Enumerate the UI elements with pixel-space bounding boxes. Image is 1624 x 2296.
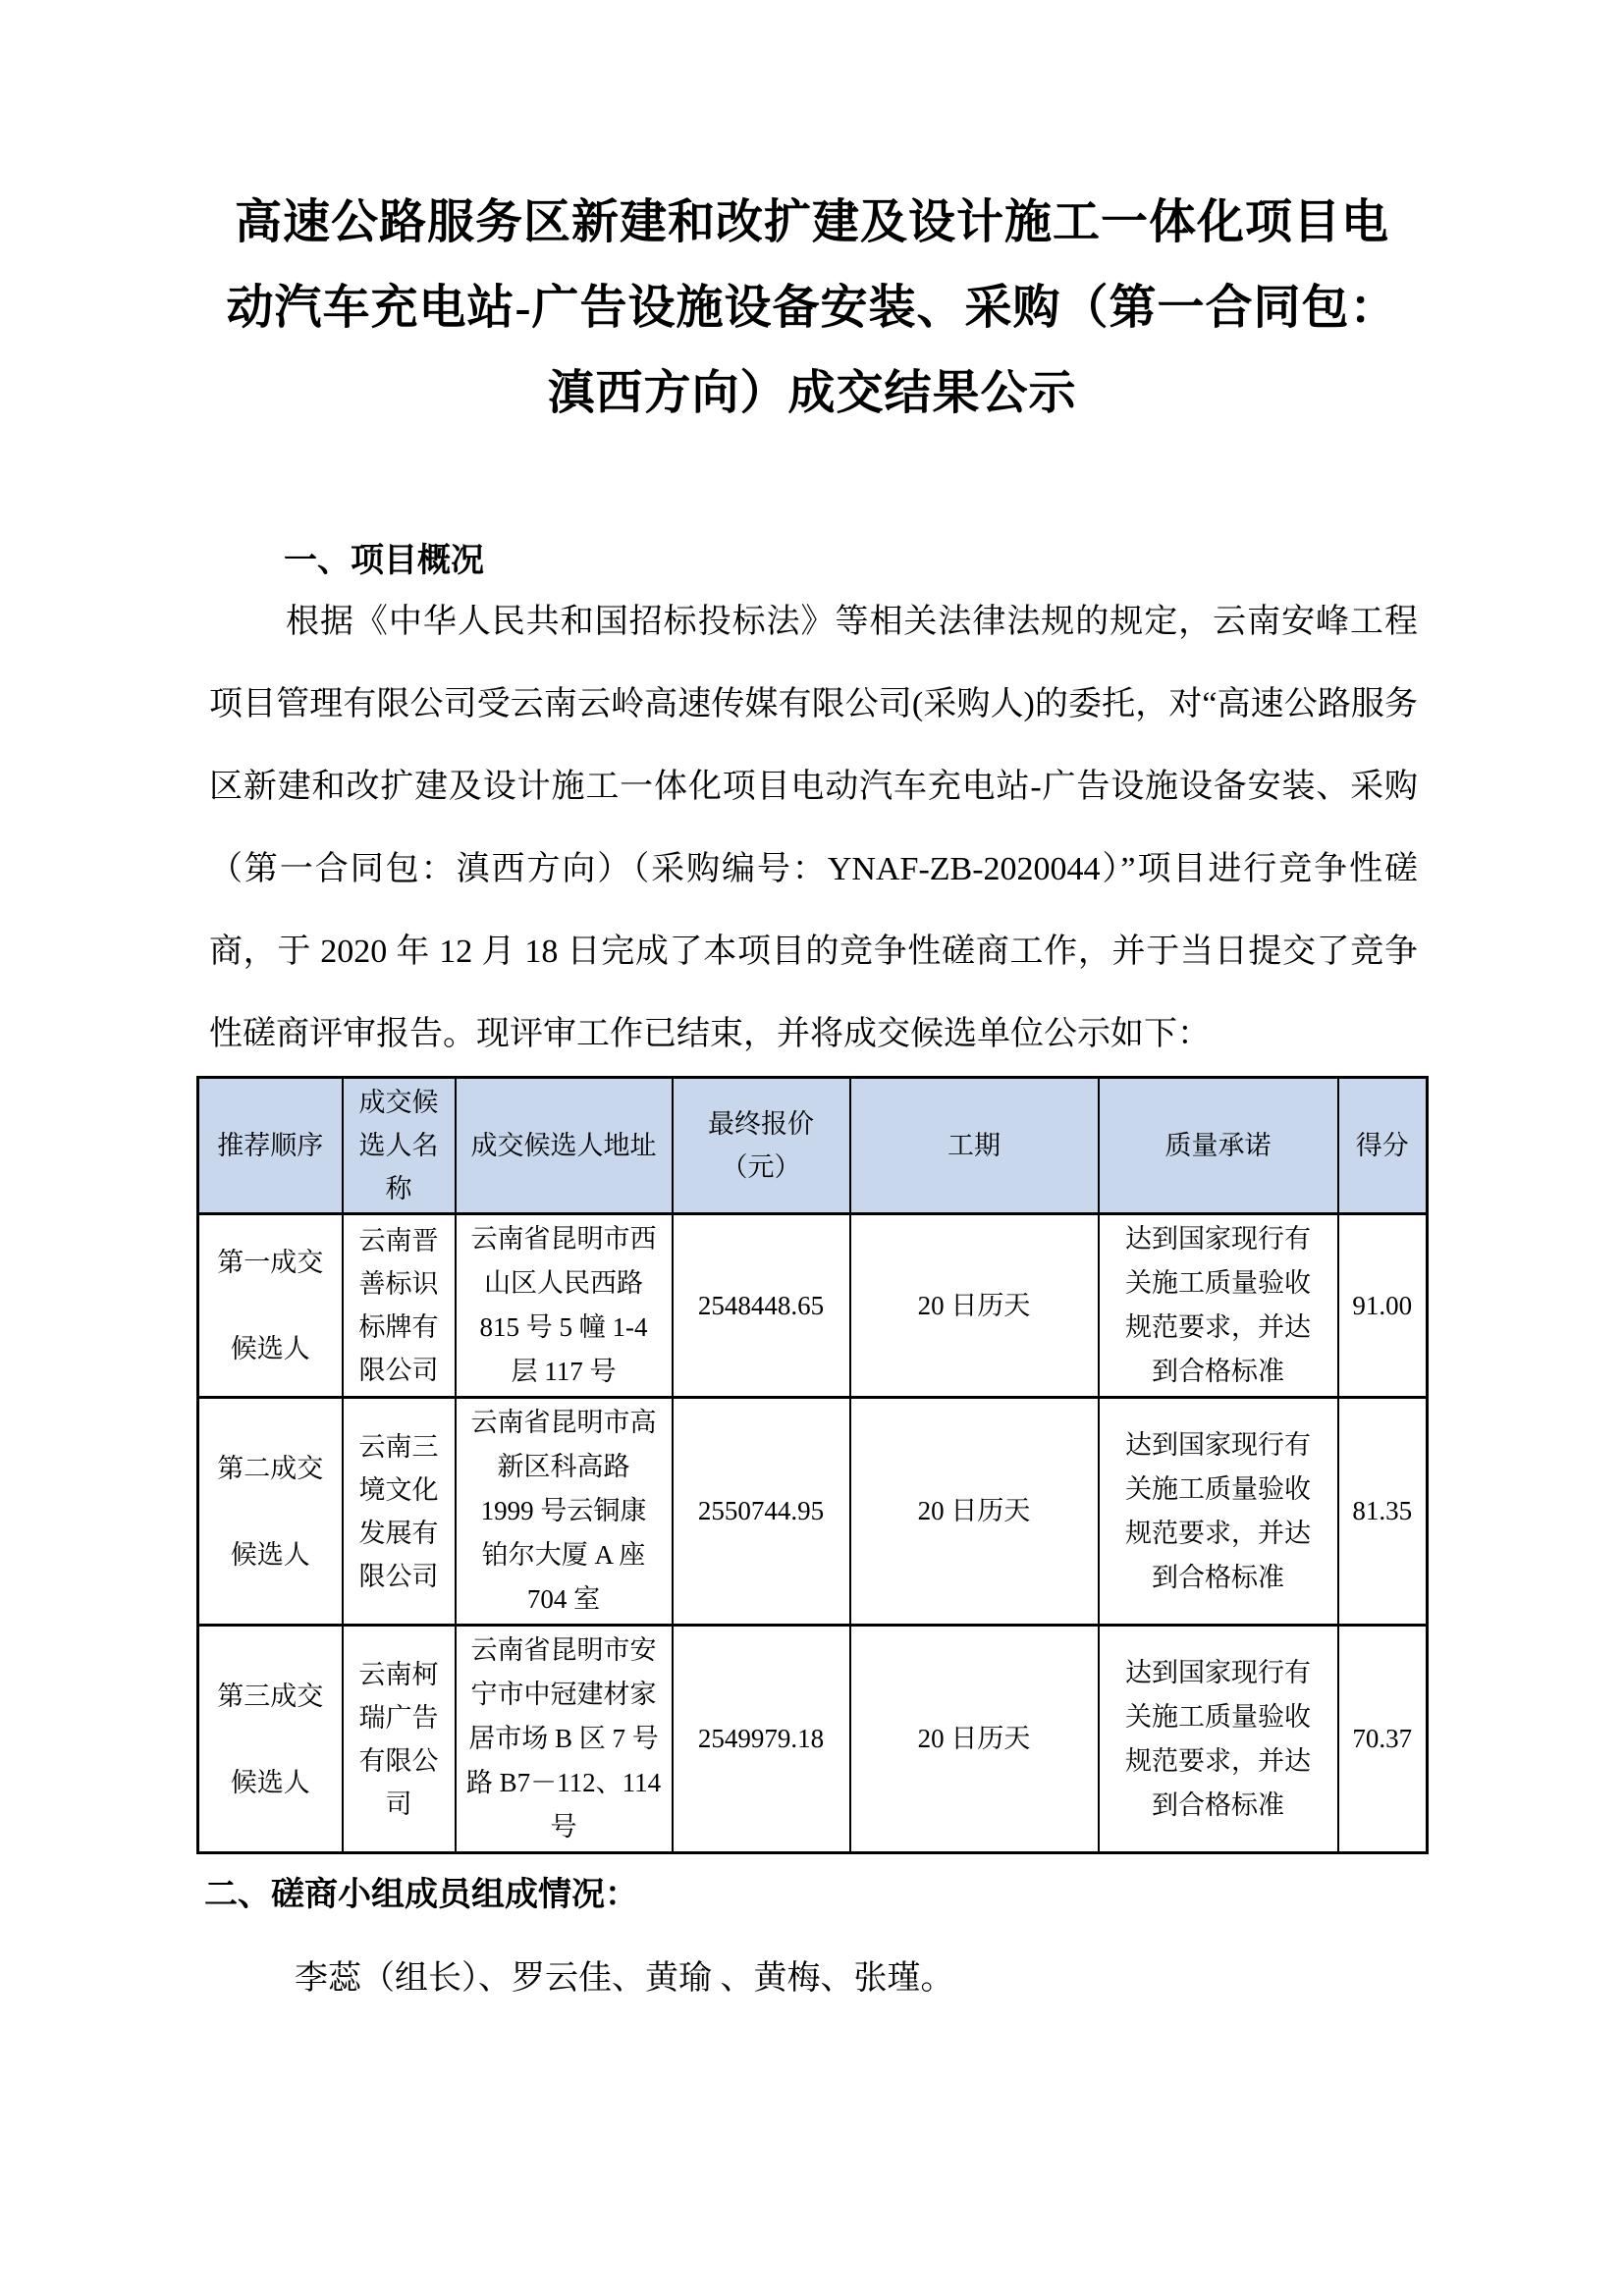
section1-paragraph: 根据《中华人民共和国招标投标法》等相关法律法规的规定，云南安峰工程项目管理有限公… (209, 581, 1418, 1076)
cell-score: 81.35 (1338, 1398, 1428, 1626)
header-cell-duration: 工期 (850, 1078, 1099, 1214)
cell-duration: 20 日历天 (850, 1214, 1099, 1398)
result-table: 推荐顺序 成交候 选人名 称 成交候选人地址 最终报价 （元） 工期 质量承诺 … (196, 1076, 1429, 1854)
table-row-second-candidate: 第二成交 候选人 云南三 境文化 发展有 限公司 云南省昆明市高 新区科高路 1… (198, 1398, 1428, 1626)
cell-score: 70.37 (1338, 1626, 1428, 1853)
cell-address: 云南省昆明市西 山区人民西路 815 号 5 幢 1-4 层 117 号 (456, 1214, 673, 1398)
cell-price: 2549979.18 (673, 1626, 850, 1853)
cell-duration: 20 日历天 (850, 1626, 1099, 1853)
cell-price: 2550744.95 (673, 1398, 850, 1626)
members-line: 李蕊（组长）、罗云佳、黄瑜 、黄梅、张瑾。 (295, 1954, 1624, 2003)
cell-address: 云南省昆明市安 宁市中冠建材家 居市场 B 区 7 号 路 B7－112、114… (456, 1626, 673, 1853)
document-page: 高速公路服务区新建和改扩建及设计施工一体化项目电 动汽车充电站-广告设施设备安装… (0, 0, 1624, 2296)
cell-quality: 达到国家现行有 关施工质量验收 规范要求，并达 到合格标准 (1099, 1626, 1338, 1853)
header-cell-quality: 质量承诺 (1099, 1078, 1338, 1214)
cell-rank: 第一成交 候选人 (198, 1214, 343, 1398)
section2-heading: 二、磋商小组成员组成情况： (204, 1876, 1624, 1915)
cell-price: 2548448.65 (673, 1214, 850, 1398)
header-cell-price: 最终报价 （元） (673, 1078, 850, 1214)
cell-rank: 第二成交 候选人 (198, 1398, 343, 1626)
section1-heading: 一、项目概况 (284, 542, 1624, 581)
cell-address: 云南省昆明市高 新区科高路 1999 号云铜康 铂尔大厦 A 座 704 室 (456, 1398, 673, 1626)
table-header-row: 推荐顺序 成交候 选人名 称 成交候选人地址 最终报价 （元） 工期 质量承诺 … (198, 1078, 1428, 1214)
header-cell-company: 成交候 选人名 称 (343, 1078, 456, 1214)
cell-company: 云南晋 善标识 标牌有 限公司 (343, 1214, 456, 1398)
cell-company: 云南三 境文化 发展有 限公司 (343, 1398, 456, 1626)
header-cell-address: 成交候选人地址 (456, 1078, 673, 1214)
cell-rank: 第三成交 候选人 (198, 1626, 343, 1853)
cell-quality: 达到国家现行有 关施工质量验收 规范要求，并达 到合格标准 (1099, 1214, 1338, 1398)
document-title: 高速公路服务区新建和改扩建及设计施工一体化项目电 动汽车充电站-广告设施设备安装… (0, 0, 1624, 436)
header-cell-score: 得分 (1338, 1078, 1428, 1214)
header-cell-rank: 推荐顺序 (198, 1078, 343, 1214)
cell-company: 云南柯 瑞广告 有限公 司 (343, 1626, 456, 1853)
cell-duration: 20 日历天 (850, 1398, 1099, 1626)
table-row-third-candidate: 第三成交 候选人 云南柯 瑞广告 有限公 司 云南省昆明市安 宁市中冠建材家 居… (198, 1626, 1428, 1853)
cell-quality: 达到国家现行有 关施工质量验收 规范要求，并达 到合格标准 (1099, 1398, 1338, 1626)
table-row-first-candidate: 第一成交 候选人 云南晋 善标识 标牌有 限公司 云南省昆明市西 山区人民西路 … (198, 1214, 1428, 1398)
cell-score: 91.00 (1338, 1214, 1428, 1398)
